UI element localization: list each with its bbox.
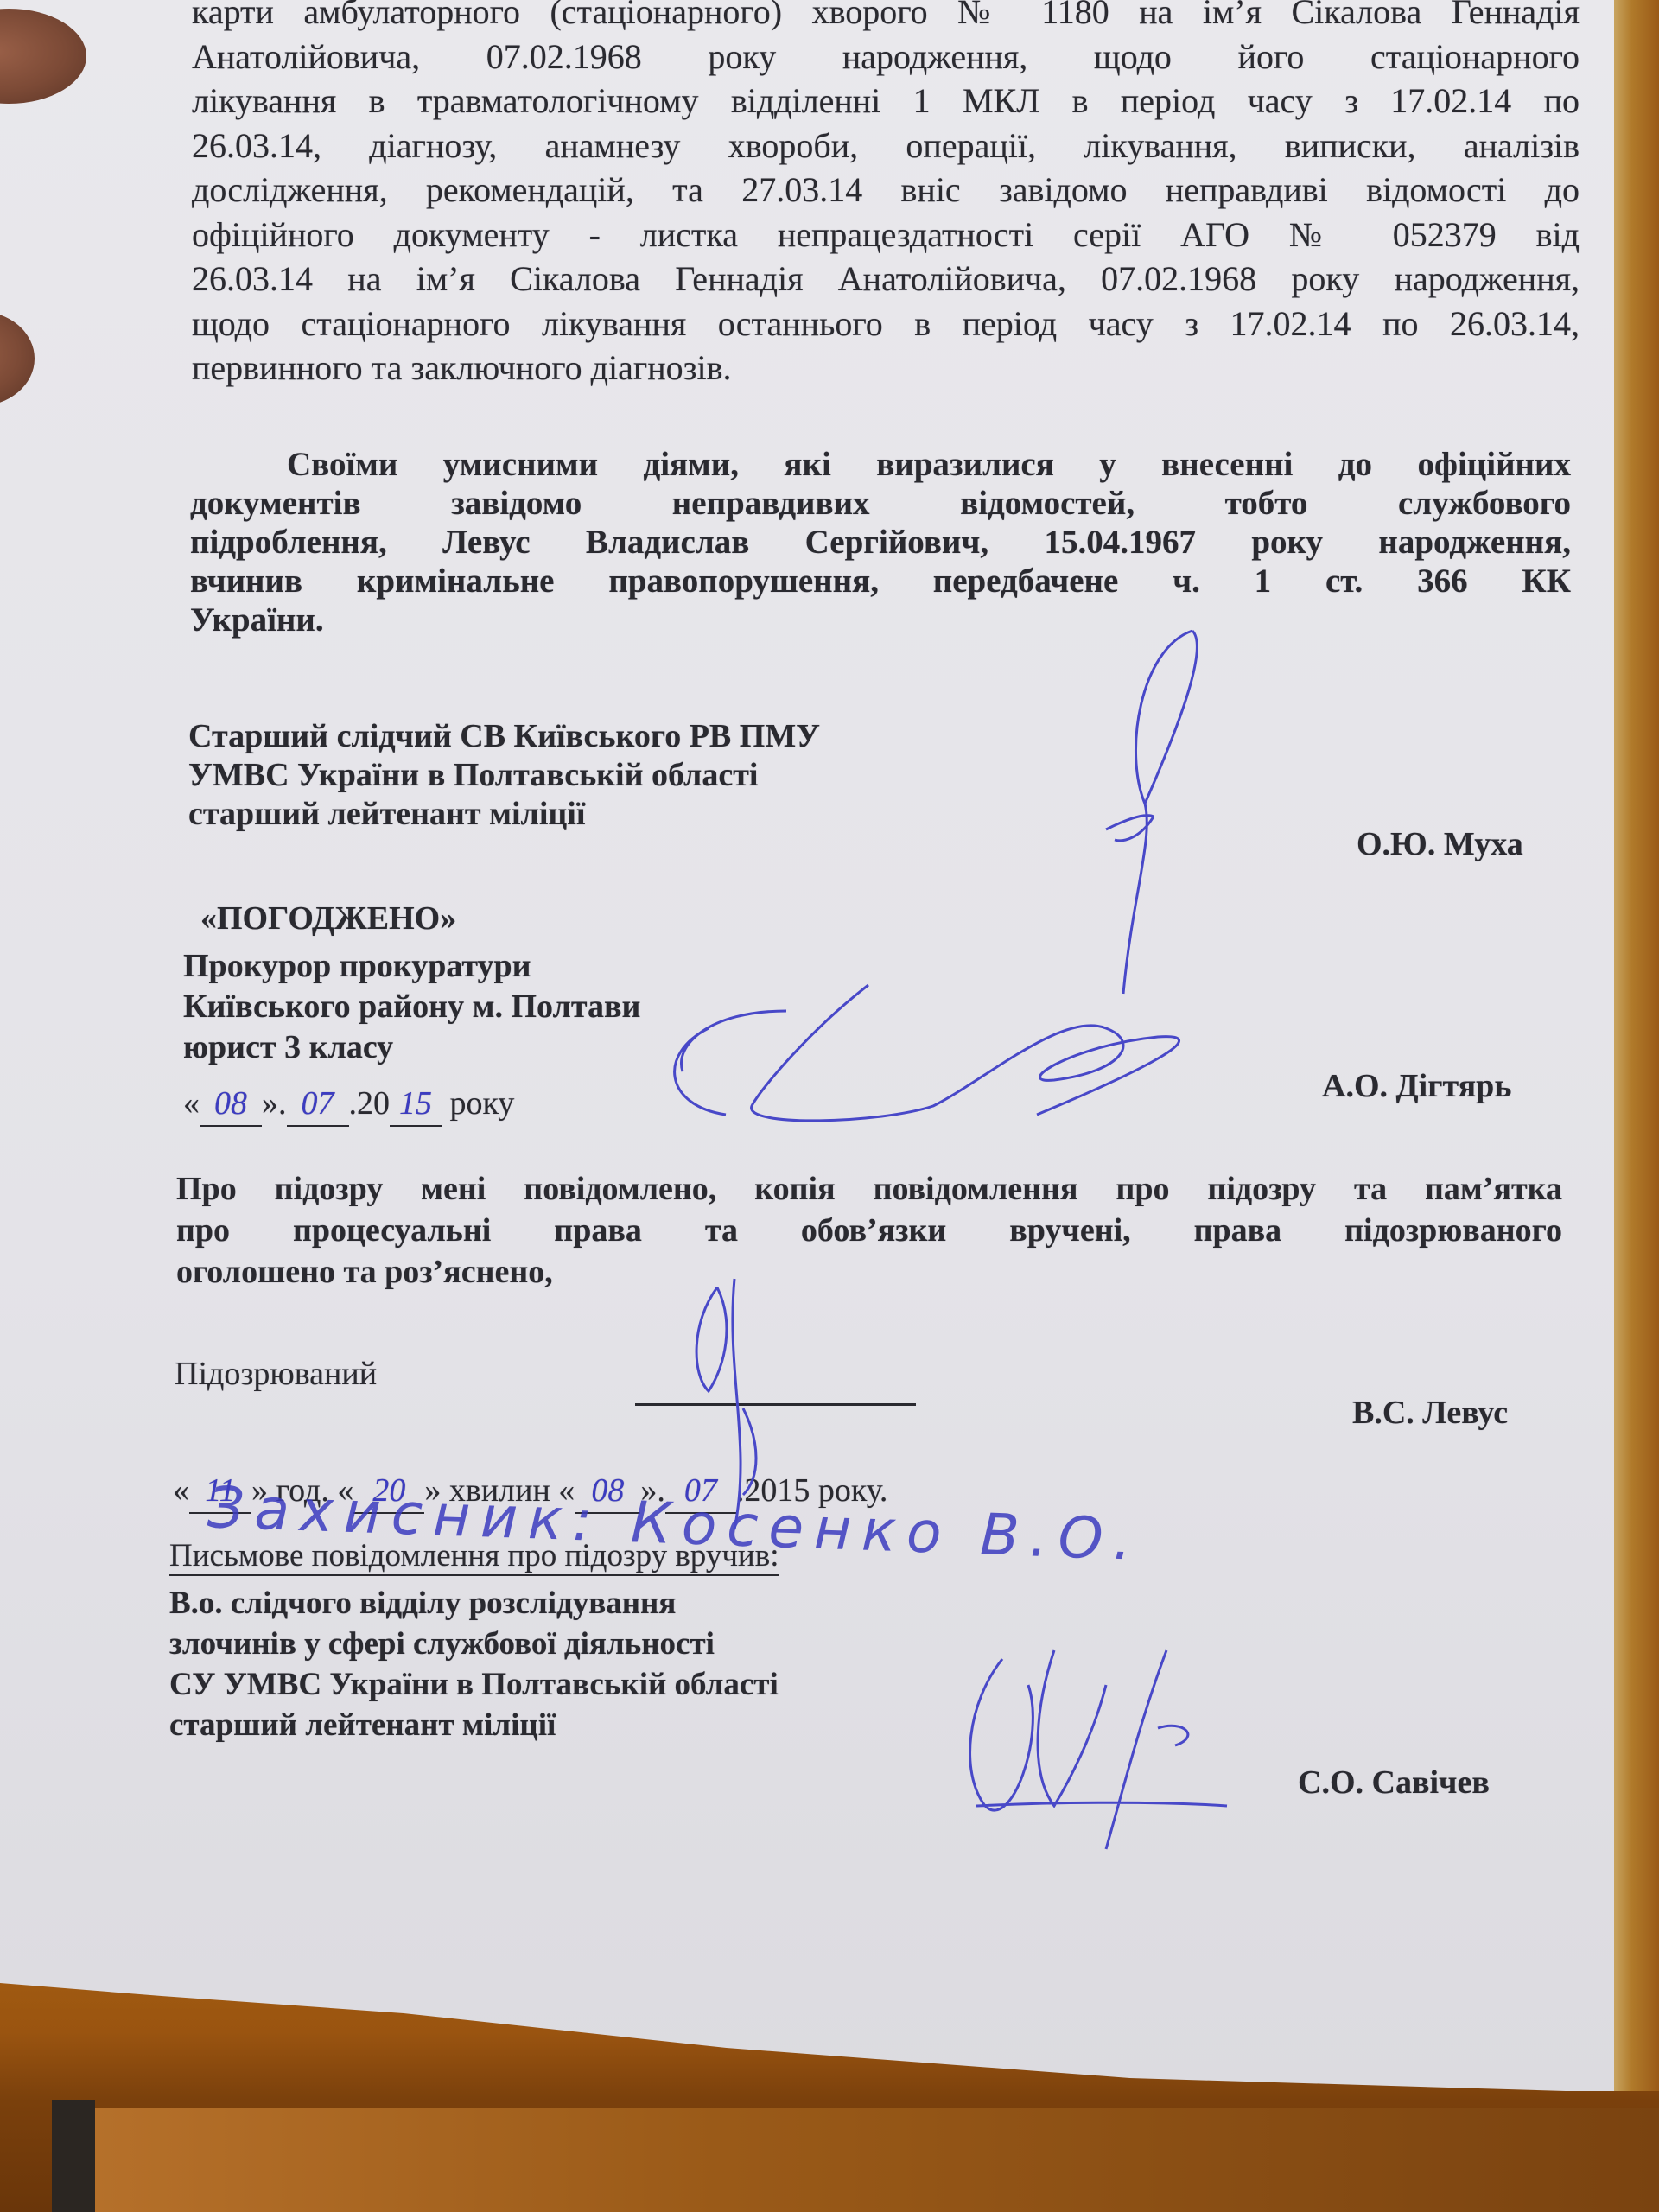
text-line: оголошено та роз’яснено,: [176, 1251, 1562, 1293]
text-line: лікування в травматологічному відділенні…: [192, 79, 1580, 124]
text-line: Київського району м. Полтави: [183, 987, 640, 1027]
prosecutor-title: Прокурор прокуратури Київського району м…: [183, 946, 640, 1068]
text-line: карти амбулаторного (стаціонарного) хвор…: [192, 0, 1580, 35]
investigator-title: Старший слідчий СВ Київського РВ ПМУ УМВ…: [188, 717, 820, 834]
notice-paragraph: Про підозру мені повідомлено, копія пові…: [176, 1168, 1562, 1293]
text-line: вчинив кримінальне правопорушення, перед…: [190, 562, 1571, 601]
text-line: документів завідомо неправдивих відомост…: [190, 484, 1571, 523]
text-line: Старший слідчий СВ Київського РВ ПМУ: [188, 717, 820, 756]
text-line: первинного та заключного діагнозів.: [192, 346, 1580, 391]
text-line: старший лейтенант міліції: [169, 1705, 779, 1745]
delivered-heading: Письмове повідомлення про підозру вручив…: [169, 1538, 779, 1576]
paragraph-qualification: Своїми умисними діями, які виразилися у …: [190, 445, 1571, 639]
text-line: старший лейтенант міліції: [188, 795, 820, 834]
suspect-label: Підозрюваний: [175, 1352, 377, 1395]
text-line: Прокурор прокуратури: [183, 946, 640, 987]
approval-month-field: 07: [287, 1082, 349, 1127]
text-line: 26.03.14, діагнозу, анамнезу хвороби, оп…: [192, 124, 1580, 168]
investigator-name: О.Ю. Муха: [1357, 823, 1523, 866]
text-line: СУ УМВС України в Полтавській області: [169, 1664, 779, 1705]
text-line: УМВС України в Полтавській області: [188, 756, 820, 795]
text-line: Своїми умисними діями, які виразилися у …: [190, 445, 1571, 484]
text-line: Анатолійовича, 07.02.1968 року народженн…: [192, 35, 1580, 79]
delivered-name: С.О. Савічев: [1298, 1761, 1490, 1804]
text-line: дослідження, рекомендацій, та 27.03.14 в…: [192, 168, 1580, 213]
approval-year-field: 15: [390, 1082, 442, 1127]
text-line: України.: [190, 601, 1571, 639]
delivered-title: В.о. слідчого відділу розслідування злоч…: [169, 1583, 779, 1745]
text-line: злочинів у сфері службової діяльності: [169, 1624, 779, 1664]
text-line: офіційного документу - листка непрацезда…: [192, 213, 1580, 257]
text-line: В.о. слідчого відділу розслідування: [169, 1583, 779, 1624]
text-line: Про підозру мені повідомлено, копія пові…: [176, 1168, 1562, 1210]
prosecutor-name: А.О. Дігтярь: [1322, 1065, 1511, 1108]
suspect-name: В.С. Левус: [1352, 1391, 1508, 1434]
desk-gap: [52, 2100, 95, 2212]
text-line: 26.03.14 на ім’я Сікалова Геннадія Анато…: [192, 257, 1580, 302]
text-line: підроблення, Левус Владислав Сергійович,…: [190, 523, 1571, 562]
desk-plank: [95, 2108, 1659, 2212]
text-line: щодо стаціонарного лікування останнього …: [192, 302, 1580, 346]
text-line: про процесуальні права та обов’язки вруч…: [176, 1210, 1562, 1251]
approval-day-field: 08: [200, 1082, 262, 1127]
approval-date: «08».07.2015 року: [183, 1082, 514, 1127]
suspect-signature-line: [635, 1403, 916, 1406]
text-line: юрист 3 класу: [183, 1027, 640, 1068]
approval-label: «ПОГОДЖЕНО»: [200, 897, 456, 940]
desk-edge-right: [1614, 0, 1659, 2091]
paragraph-facts: карти амбулаторного (стаціонарного) хвор…: [192, 0, 1580, 391]
